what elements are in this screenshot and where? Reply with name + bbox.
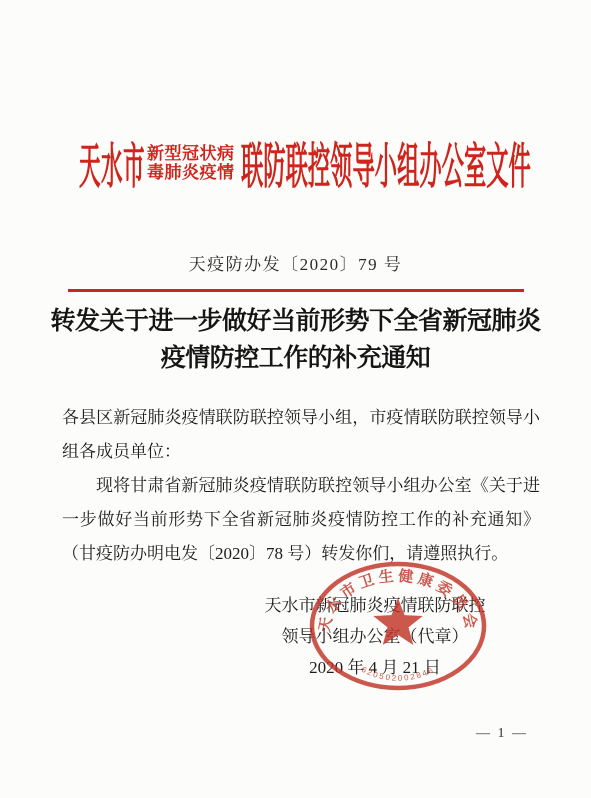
letterhead-stack-line2: 毒肺炎疫情 (147, 163, 235, 182)
page-number: — 1 — (462, 726, 542, 742)
document-title-line2: 疫情防控工作的补充通知 (30, 340, 561, 377)
document-page: 天水市 新型冠状病 毒肺炎疫情 联防联控领导小组办公室文件 天疫防办发〔2020… (0, 0, 591, 798)
salutation-paragraph: 各县区新冠肺炎疫情联防联控领导小组，市疫情联防联控领导小组各成员单位： (62, 401, 540, 469)
document-title-line1: 转发关于进一步做好当前形势下全省新冠肺炎 (30, 303, 561, 340)
letterhead-city: 天水市 (79, 141, 145, 193)
document-body: 各县区新冠肺炎疫情联防联控领导小组，市疫情联防联控领导小组各成员单位： 现将甘肃… (62, 401, 540, 571)
signature-date: 2020 年 4 月 21 日 (240, 652, 510, 683)
main-paragraph: 现将甘肃省新冠肺炎疫情联防联控领导小组办公室《关于进一步做好当前形势下全省新冠肺… (62, 469, 540, 571)
document-number: 天疫防办发〔2020〕79 号 (0, 250, 591, 275)
letterhead-epidemic-stack: 新型冠状病 毒肺炎疫情 (147, 144, 235, 182)
signature-block: 天水市新冠肺炎疫情联防联控 领导小组办公室（代章） 2020 年 4 月 21 … (240, 590, 510, 683)
signature-org-line2: 领导小组办公室（代章） (240, 621, 510, 652)
letterhead-stack-line1: 新型冠状病 (147, 144, 235, 163)
document-title: 转发关于进一步做好当前形势下全省新冠肺炎 疫情防控工作的补充通知 (30, 303, 561, 377)
signature-org-line1: 天水市新冠肺炎疫情联防联控 (240, 590, 510, 621)
letterhead-office-suffix: 联防联控领导小组办公室文件 (241, 141, 531, 193)
red-separator-line (68, 289, 524, 292)
